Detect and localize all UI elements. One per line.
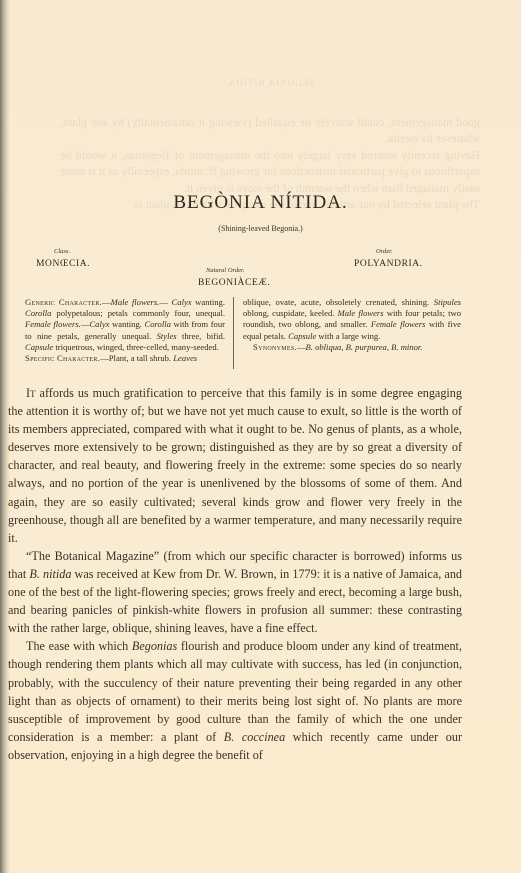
paragraph-lead: It xyxy=(26,386,36,400)
natural-order-value: BEGONIÀCEÆ. xyxy=(198,278,270,288)
generic-character-column: Generic Character.—Male flowers.— Calyx … xyxy=(15,297,225,364)
paragraph-text: was received at Kew from Dr. W. Brown, i… xyxy=(8,567,462,635)
body-text: It affords us much gratification to perc… xyxy=(8,384,462,764)
paragraph-1: It affords us much gratification to perc… xyxy=(8,384,462,547)
gc-text: — xyxy=(159,297,171,307)
specific-character-continued: oblique, ovate, acute, obsoletely crenat… xyxy=(243,297,461,341)
paragraph-text: flourish and produce bloom under any kin… xyxy=(8,639,462,743)
sc-italic: Male flowers xyxy=(338,308,384,318)
paragraph-text: The ease with which xyxy=(26,639,132,653)
paragraph-text: affords us much gratification to perceiv… xyxy=(8,386,462,545)
gc-italic: Male flowers. xyxy=(111,297,160,307)
gc-italic: Female flowers. xyxy=(25,319,81,329)
gc-italic: Styles xyxy=(157,331,177,341)
sc-italic: Stipules xyxy=(434,297,461,307)
book-page: BEGONIA NITIDA. good management, could s… xyxy=(0,0,521,873)
paragraph-3: The ease with which Begonias flourish an… xyxy=(8,637,462,764)
sc-text: with a large wing. xyxy=(316,331,380,341)
natural-order-label: Natural Order. xyxy=(206,267,244,274)
order-value: POLYANDRIA. xyxy=(354,259,423,269)
synonyms-list: B. obliqua, B. purpurea, B. minor. xyxy=(306,342,423,352)
synonyms-label: Synonymes. xyxy=(253,342,297,352)
gc-text: wanting. xyxy=(192,297,225,307)
generic-character: Generic Character.—Male flowers.— Calyx … xyxy=(15,297,225,353)
gc-text: three, bifid. xyxy=(177,331,225,341)
class-label: Class. xyxy=(54,248,70,255)
genus-name: Begonias xyxy=(132,639,177,653)
specific-character-start: Specific Character.—Plant, a tall shrub.… xyxy=(15,353,225,364)
class-value: MONŒCIA. xyxy=(36,259,90,269)
synonyms-dash: — xyxy=(297,342,306,352)
gc-italic: Capsule xyxy=(25,342,53,352)
specific-character-label: Specific Character. xyxy=(25,353,100,363)
gc-italic: Calyx xyxy=(89,319,109,329)
gc-text: wanting. xyxy=(109,319,144,329)
show-through-header: BEGONIA NITIDA. xyxy=(60,75,480,92)
page-subtitle: (Shining-leaved Begonia.) xyxy=(0,224,521,233)
sc-italic: Female flowers xyxy=(371,319,426,329)
order-label: Order. xyxy=(376,248,393,255)
species-name: B. coccinea xyxy=(224,730,285,744)
specific-character-column: oblique, ovate, acute, obsoletely crenat… xyxy=(243,297,461,353)
gc-text: triquetrous, winged, three-celled, many-… xyxy=(53,342,219,352)
sc-text: oblong, cuspidate, keeled. xyxy=(243,308,338,318)
gc-italic: Corolla xyxy=(25,308,51,318)
generic-character-label: Generic Character. xyxy=(25,297,102,307)
column-divider xyxy=(233,297,234,369)
paragraph-2: “The Botanical Magazine” (from which our… xyxy=(8,547,462,637)
gc-italic: Calyx xyxy=(172,297,192,307)
page-title: BEGÒNIA NÍTIDA. xyxy=(0,192,521,214)
sc-italic: Leaves xyxy=(173,353,197,363)
gc-italic: Corolla xyxy=(145,319,171,329)
synonyms: Synonymes.—B. obliqua, B. purpurea, B. m… xyxy=(243,342,461,353)
sc-italic: Capsule xyxy=(288,331,316,341)
species-name: B. nitida xyxy=(29,567,71,581)
sc-text: oblique, ovate, acute, obsoletely crenat… xyxy=(243,297,429,307)
sc-text: —Plant, a tall shrub. xyxy=(100,353,173,363)
gc-text: polypetalous; petals commonly four, uneq… xyxy=(51,308,225,318)
gc-text: — xyxy=(102,297,111,307)
